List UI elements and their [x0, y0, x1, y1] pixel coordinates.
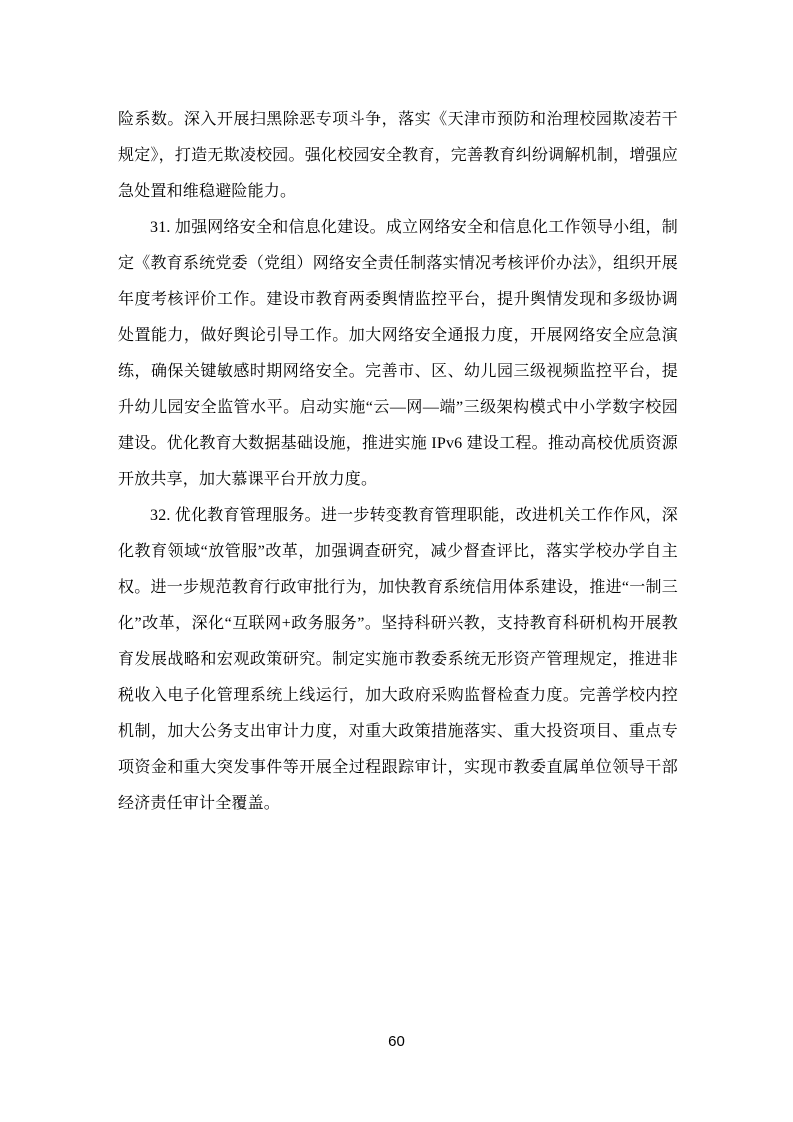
paragraph-continuation: 险系数。深入开展扫黑除恶专项斗争，落实《天津市预防和治理校园欺凌若干规定》，打造… [118, 102, 678, 210]
paragraph-item-31: 31. 加强网络安全和信息化建设。成立网络安全和信息化工作领导小组，制定《教育系… [118, 210, 678, 498]
page-number: 60 [0, 1030, 793, 1054]
document-page: 险系数。深入开展扫黑除恶专项斗争，落实《天津市预防和治理校园欺凌若干规定》，打造… [0, 0, 793, 1122]
paragraph-item-32: 32. 优化教育管理服务。进一步转变教育管理职能，改进机关工作作风，深化教育领域… [118, 498, 678, 822]
document-body: 险系数。深入开展扫黑除恶专项斗争，落实《天津市预防和治理校园欺凌若干规定》，打造… [118, 102, 678, 822]
